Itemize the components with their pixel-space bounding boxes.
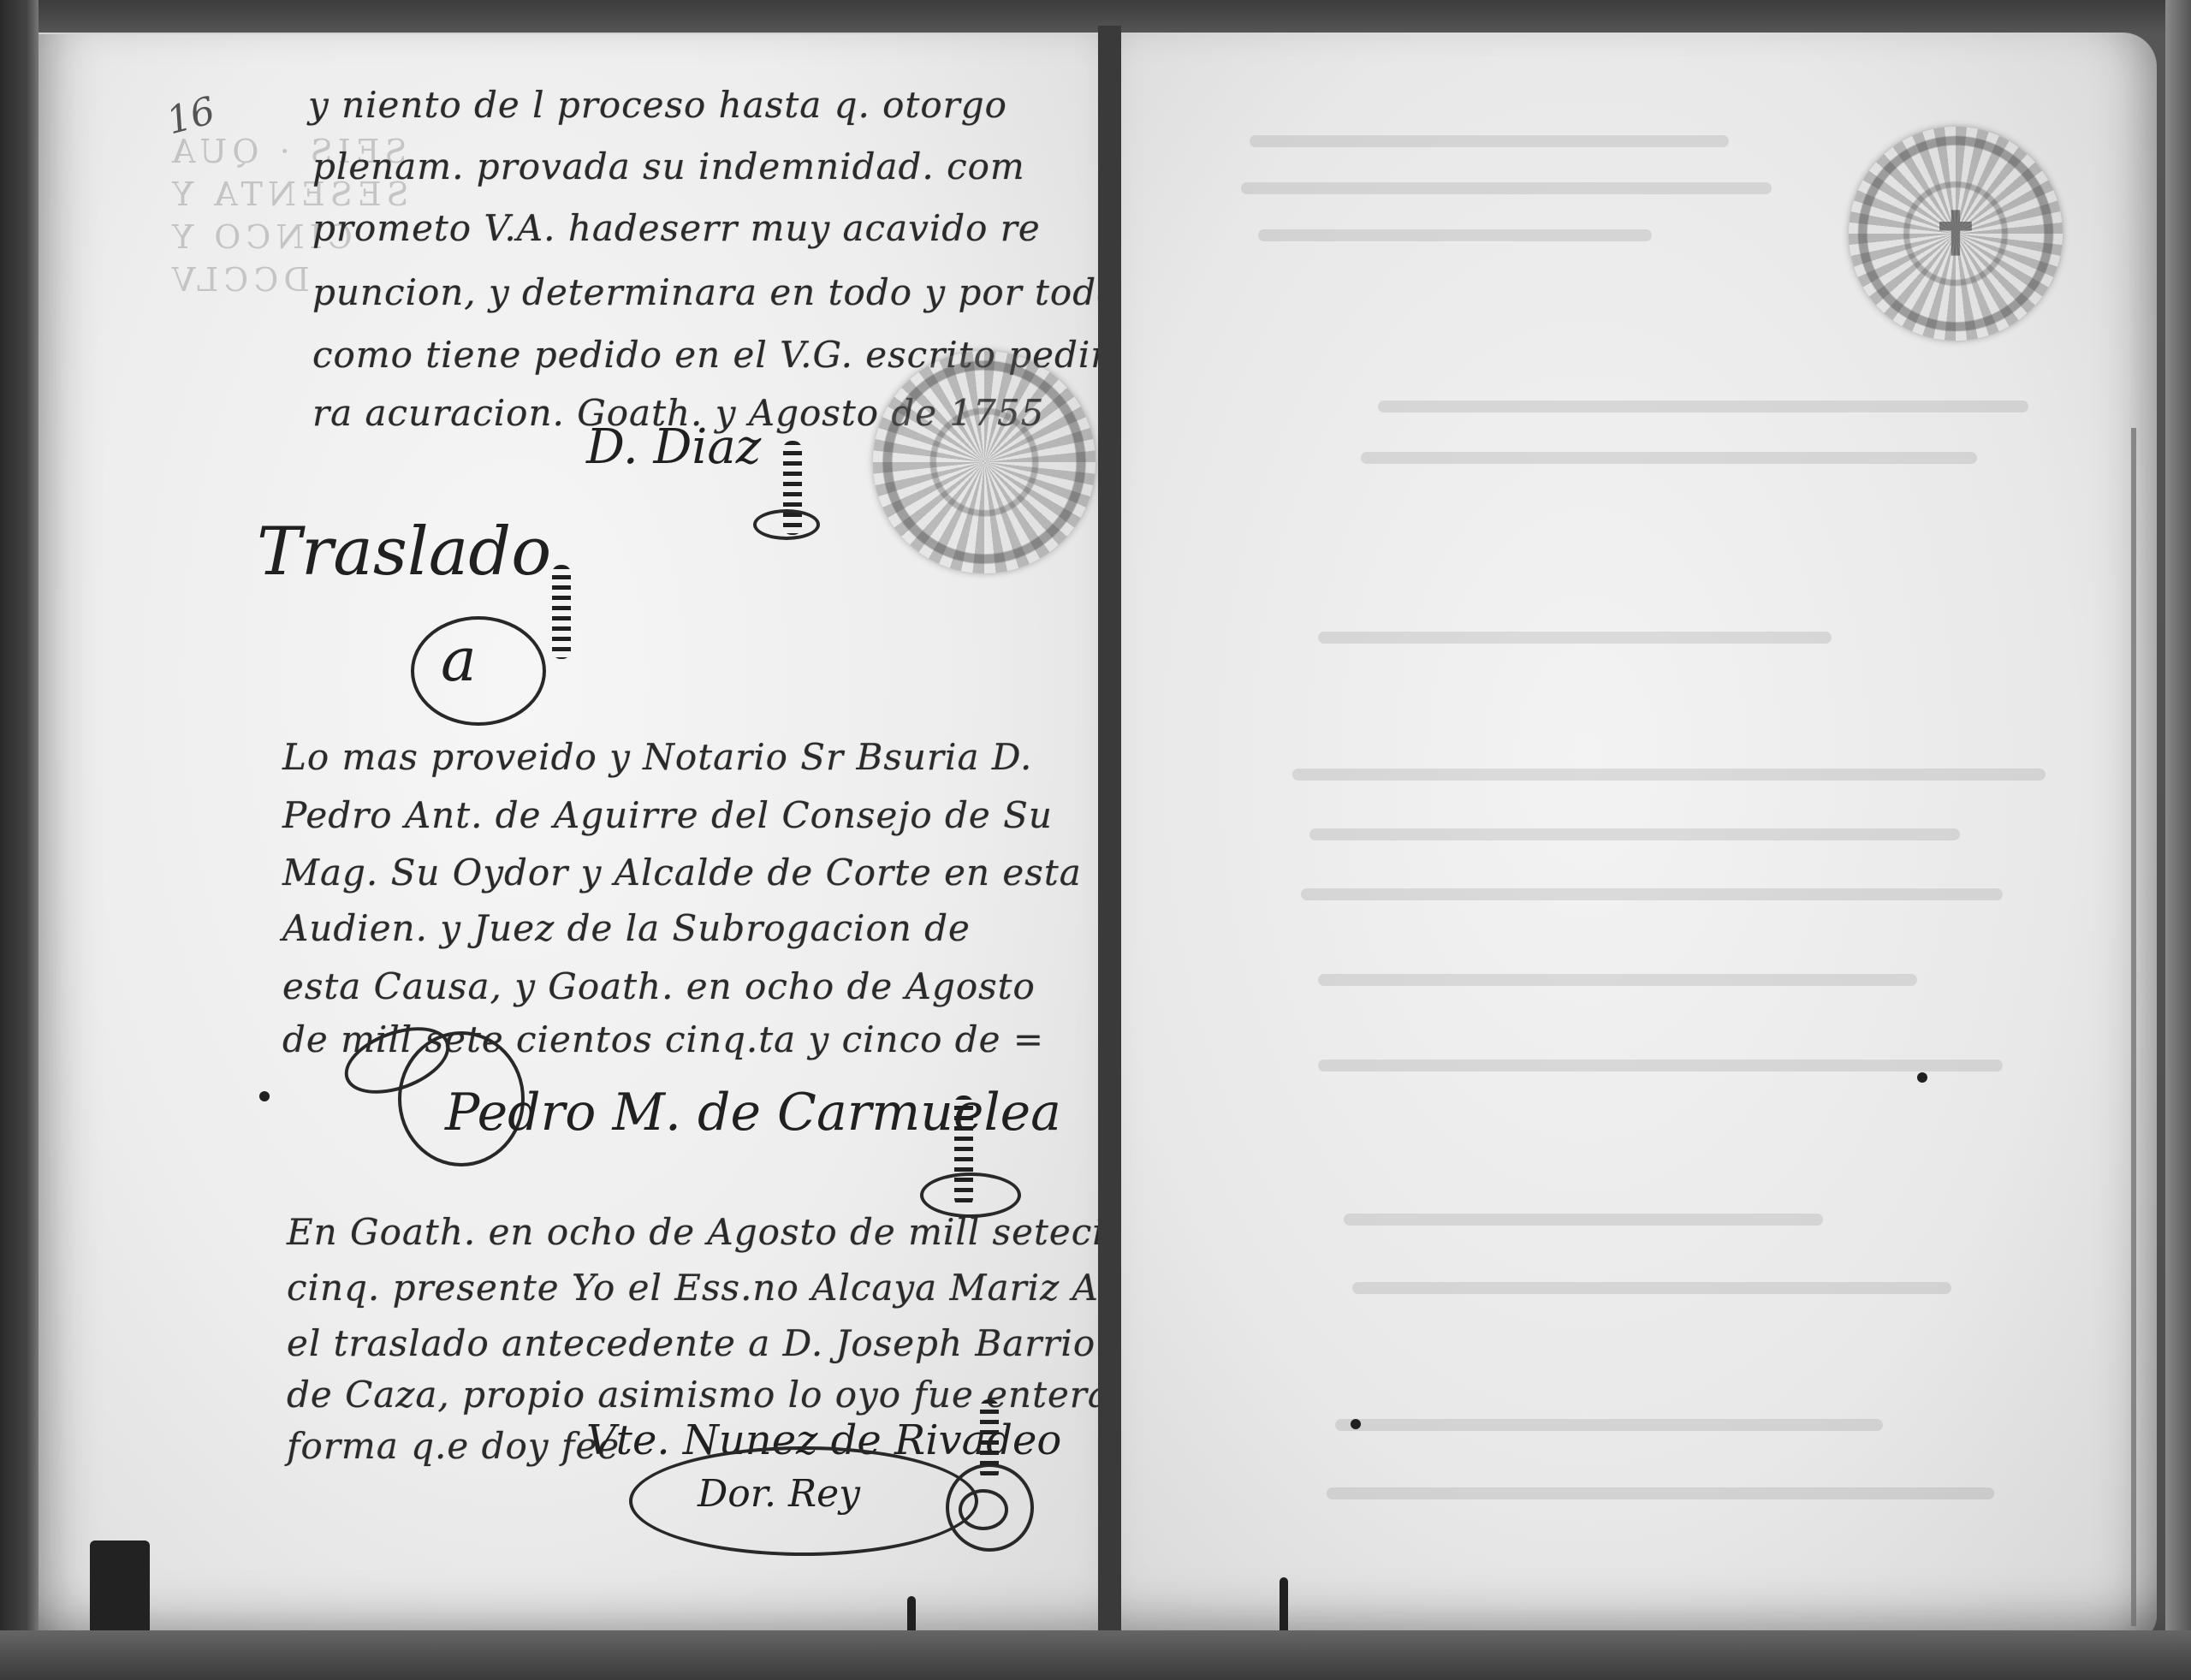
manuscript-line: plenam. provada su indemnidad. com [312,145,1025,187]
rubric-initial: a [441,625,477,695]
signature-diaz: D. Diaz [586,419,761,475]
binding-gutter [1098,26,1121,1652]
bleed-through-text [1327,1487,1994,1499]
embossed-seal-left [873,351,1095,573]
manuscript-line: prometo V.A. hadeserr muy acavido re [312,207,1041,249]
rubric-flourish [980,1399,999,1481]
left-page: 16 SEIS · QUA SESENTA Y CINCO Y DCCLV y … [39,33,1098,1643]
bleed-through-text [1318,974,1917,986]
heading-traslado: Traslado [257,513,551,591]
manuscript-line: cinq. presente Yo el Ess.no Alcaya Mariz… [287,1267,1159,1309]
rubric-flourish [753,509,820,540]
bleed-through-text [1318,632,1832,644]
bleed-through-text [1301,888,2003,900]
signature-loop [629,1446,978,1556]
bleed-through-text [1292,769,2046,781]
right-page: ✝ [1121,33,2157,1641]
manuscript-line: forma q.e doy fee [287,1425,620,1467]
manuscript-line: y niento de l proceso hasta q. otorgo [308,84,1007,126]
bleed-through-text [1335,1419,1883,1431]
manuscript-line: de Caza, propio asimismo lo oyo fue ente… [287,1374,1156,1416]
bleed-through-text [1344,1214,1823,1226]
left-frame-edge [0,0,39,1680]
embossed-seal-right: ✝ [1849,127,2063,341]
manuscript-line: esta Causa, y Goath. en ocho de Agosto [282,965,1036,1007]
manuscript-line: Audien. y Juez de la Subrogacion de [282,907,971,949]
bleed-through-text [1318,1060,2003,1072]
rubric-flourish [552,565,571,659]
seal-emblem-icon: ✝ [1931,199,1981,270]
bleed-through-text [1241,182,1772,194]
signature-loop [959,1489,1008,1530]
manuscript-line: Pedro Ant. de Aguirre del Consejo de Su [282,794,1053,836]
manuscript-line: Mag. Su Oydor y Alcalde de Corte en esta [282,852,1082,893]
bleed-through-text [1258,229,1652,241]
page-fold-edge [2131,428,2170,1626]
rubric-initial-loop [411,616,546,726]
manuscript-line: Lo mas proveido y Notario Sr Bsuria D. [282,736,1032,778]
bleed-through-text [1352,1282,1951,1294]
bottom-frame-edge [0,1630,2191,1680]
bleed-through-text [1361,452,1977,464]
manuscript-line: puncion, y determinara en todo y por tod… [312,271,1119,313]
bleed-through-print: DCCLV [167,261,310,299]
ink-dot [1351,1419,1361,1429]
bleed-through-text [1309,828,1960,840]
manuscript-line: En Goath. en ocho de Agosto de mill sete… [287,1211,1117,1253]
ink-dot [1917,1072,1927,1083]
bleed-through-text [1378,401,2028,413]
ink-dot [259,1091,270,1101]
manuscript-line: el traslado antecedente a D. Joseph Barr… [287,1322,1143,1364]
bleed-through-text [1250,135,1729,147]
